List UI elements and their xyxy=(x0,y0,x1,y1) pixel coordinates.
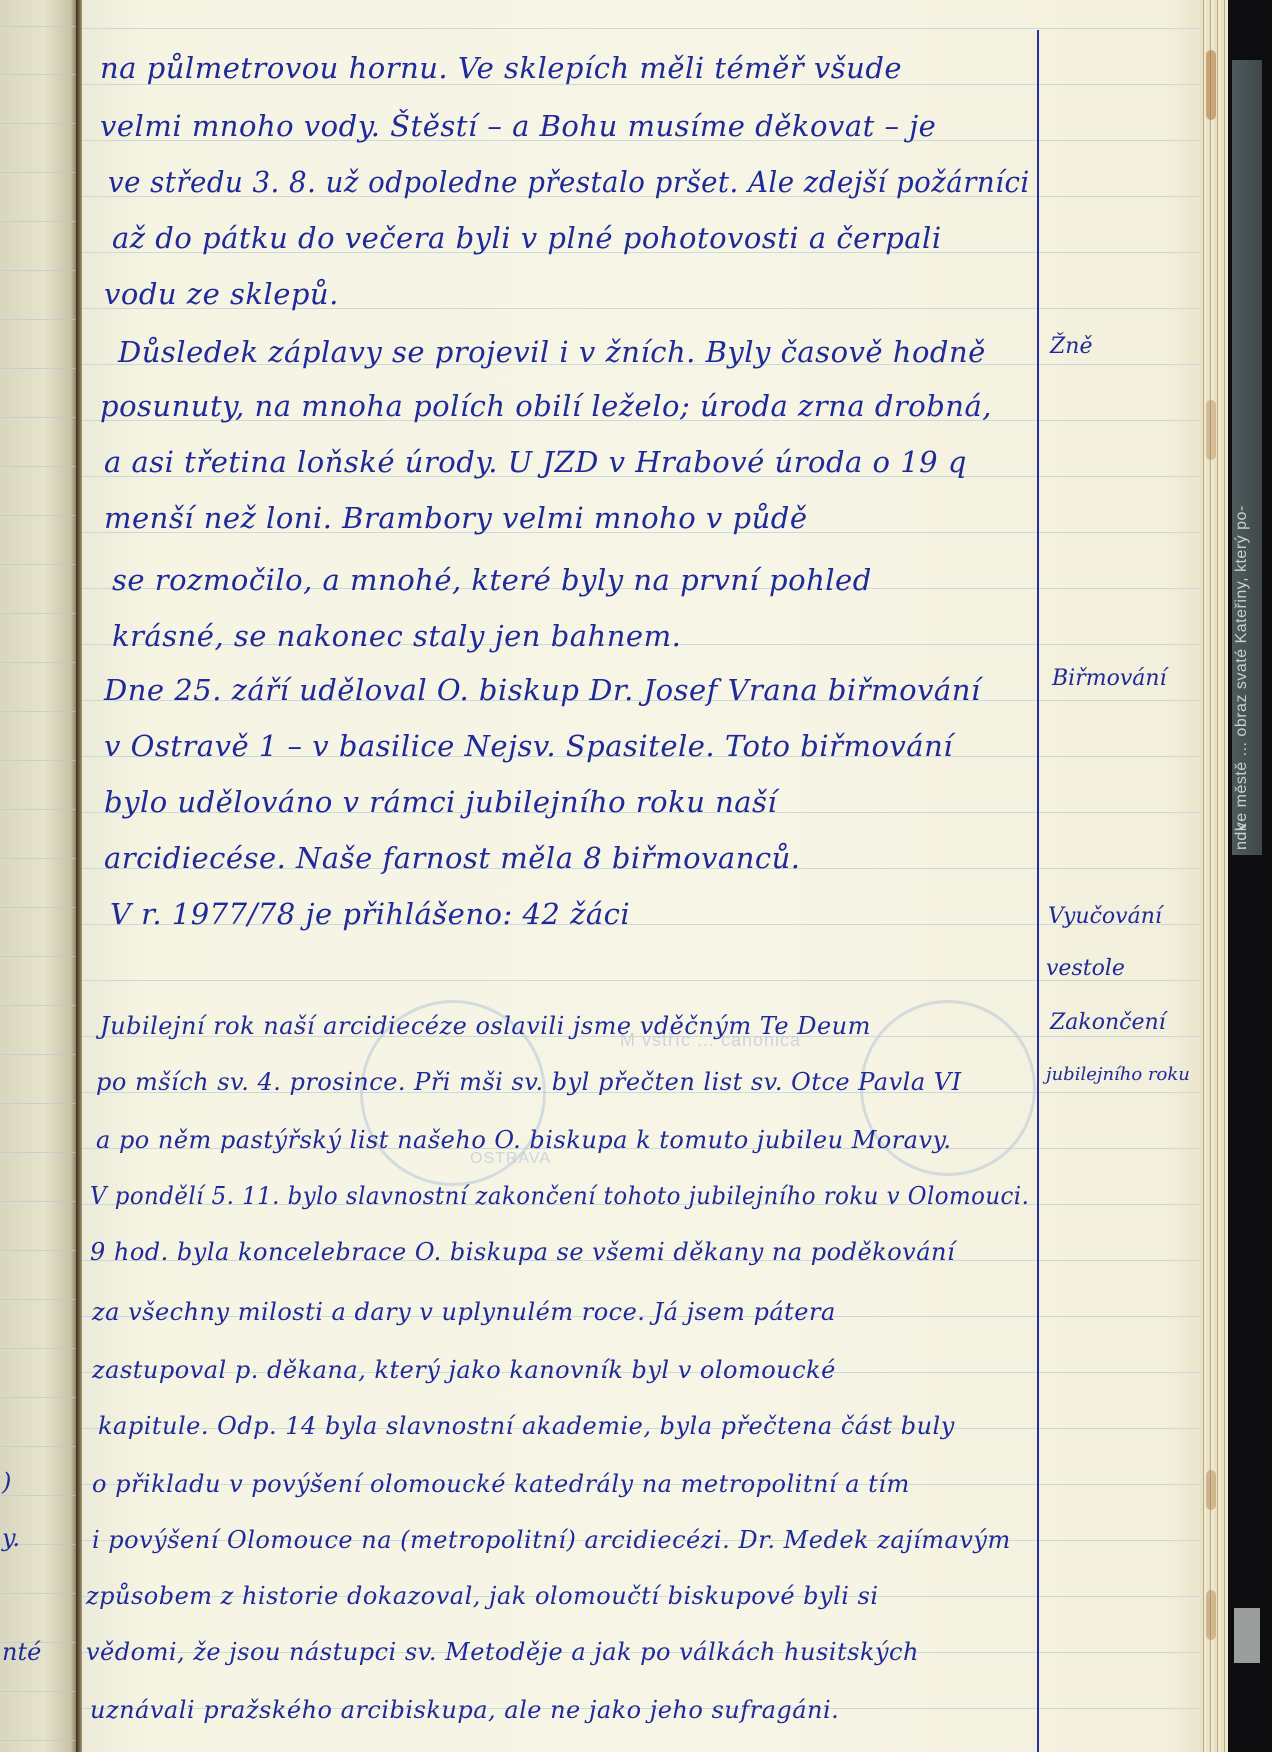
text-line: o přikladu v povýšení olomoucké katedrál… xyxy=(92,1472,910,1496)
text-line: Jubilejní rok naší arcidiecéze oslavili … xyxy=(100,1014,871,1038)
text-line: vědomi, že jsou nástupci sv. Metoděje a … xyxy=(86,1640,919,1664)
text-line: menší než loni. Brambory velmi mnoho v p… xyxy=(104,504,808,533)
text-line: způsobem z historie dokazoval, jak olomo… xyxy=(86,1584,879,1608)
margin-note-vyucovani: Vyučování xyxy=(1048,904,1162,929)
text-line: velmi mnoho vody. Štěstí – a Bohu musíme… xyxy=(100,112,936,141)
margin-note-jubilejniho-roku: jubilejního roku xyxy=(1046,1064,1190,1085)
text-line: na půlmetrovou hornu. Ve sklepích měli t… xyxy=(100,54,902,83)
text-line: arcidiecése. Naše farnost měla 8 biřmova… xyxy=(104,844,801,873)
text-line: a asi třetina loňské úrody. U JZD v Hrab… xyxy=(104,448,967,477)
background-paper-scrap xyxy=(1234,1608,1260,1663)
text-line: bylo udělováno v rámci jubilejního roku … xyxy=(104,788,777,817)
text-line: uznávali pražského arcibiskupa, ale ne j… xyxy=(90,1698,839,1722)
text-line: v Ostravě 1 – v basilice Nejsv. Spasitel… xyxy=(104,732,953,761)
text-line: až do pátku do večera byli v plné pohoto… xyxy=(112,224,942,253)
margin-rule xyxy=(1037,30,1039,1752)
facing-page-fragment: y. xyxy=(2,1524,20,1552)
margin-note-birmovani: Biřmování xyxy=(1052,666,1167,691)
text-line: ve středu 3. 8. už odpoledne přestalo pr… xyxy=(108,168,1030,197)
text-line: Důsledek záplavy se projevil i v žních. … xyxy=(118,338,986,367)
text-line: krásné, se nakonec staly jen bahnem. xyxy=(112,622,681,651)
text-line: 9 hod. byla koncelebrace O. biskupa se v… xyxy=(90,1240,955,1264)
text-line: po mších sv. 4. prosince. Při mši sv. by… xyxy=(96,1070,962,1094)
text-line: kapitule. Odp. 14 byla slavnostní akadem… xyxy=(98,1414,955,1438)
text-line: a po něm pastýřský list našeho O. biskup… xyxy=(96,1128,952,1152)
margin-note-zakonceni: Zakončení xyxy=(1050,1010,1166,1035)
text-line: Dne 25. září uděloval O. biskup Dr. Jose… xyxy=(104,676,981,705)
text-line: za všechny milosti a dary v uplynulém ro… xyxy=(92,1300,836,1324)
margin-note-zne: Žně xyxy=(1050,334,1092,359)
text-line: V r. 1977/78 je přihlášeno: 42 žáci xyxy=(110,900,630,929)
underlying-printed-text: ... ve městě ... obraz svaté Kateřiny, k… xyxy=(1233,70,1261,850)
text-line: posunuty, na mnoha polích obilí leželo; … xyxy=(100,392,992,421)
page-fore-edge xyxy=(1200,0,1230,1752)
text-line: se rozmočilo, a mnohé, které byly na prv… xyxy=(112,566,872,595)
text-line: V pondělí 5. 11. bylo slavnostní zakonče… xyxy=(90,1184,1029,1208)
text-line: i povýšení Olomouce na (metropolitní) ar… xyxy=(92,1528,1011,1552)
text-line: zastupoval p. děkana, který jako kanovní… xyxy=(92,1358,836,1382)
underlying-printed-text-fragment: ndk xyxy=(1233,800,1261,850)
facing-page: ) y. nté xyxy=(0,0,80,1752)
margin-note-vestole: vestole xyxy=(1046,956,1125,981)
text-line: vodu ze sklepů. xyxy=(104,280,339,309)
facing-page-fragment: nté xyxy=(2,1638,41,1666)
facing-page-fragment: ) xyxy=(2,1468,11,1496)
